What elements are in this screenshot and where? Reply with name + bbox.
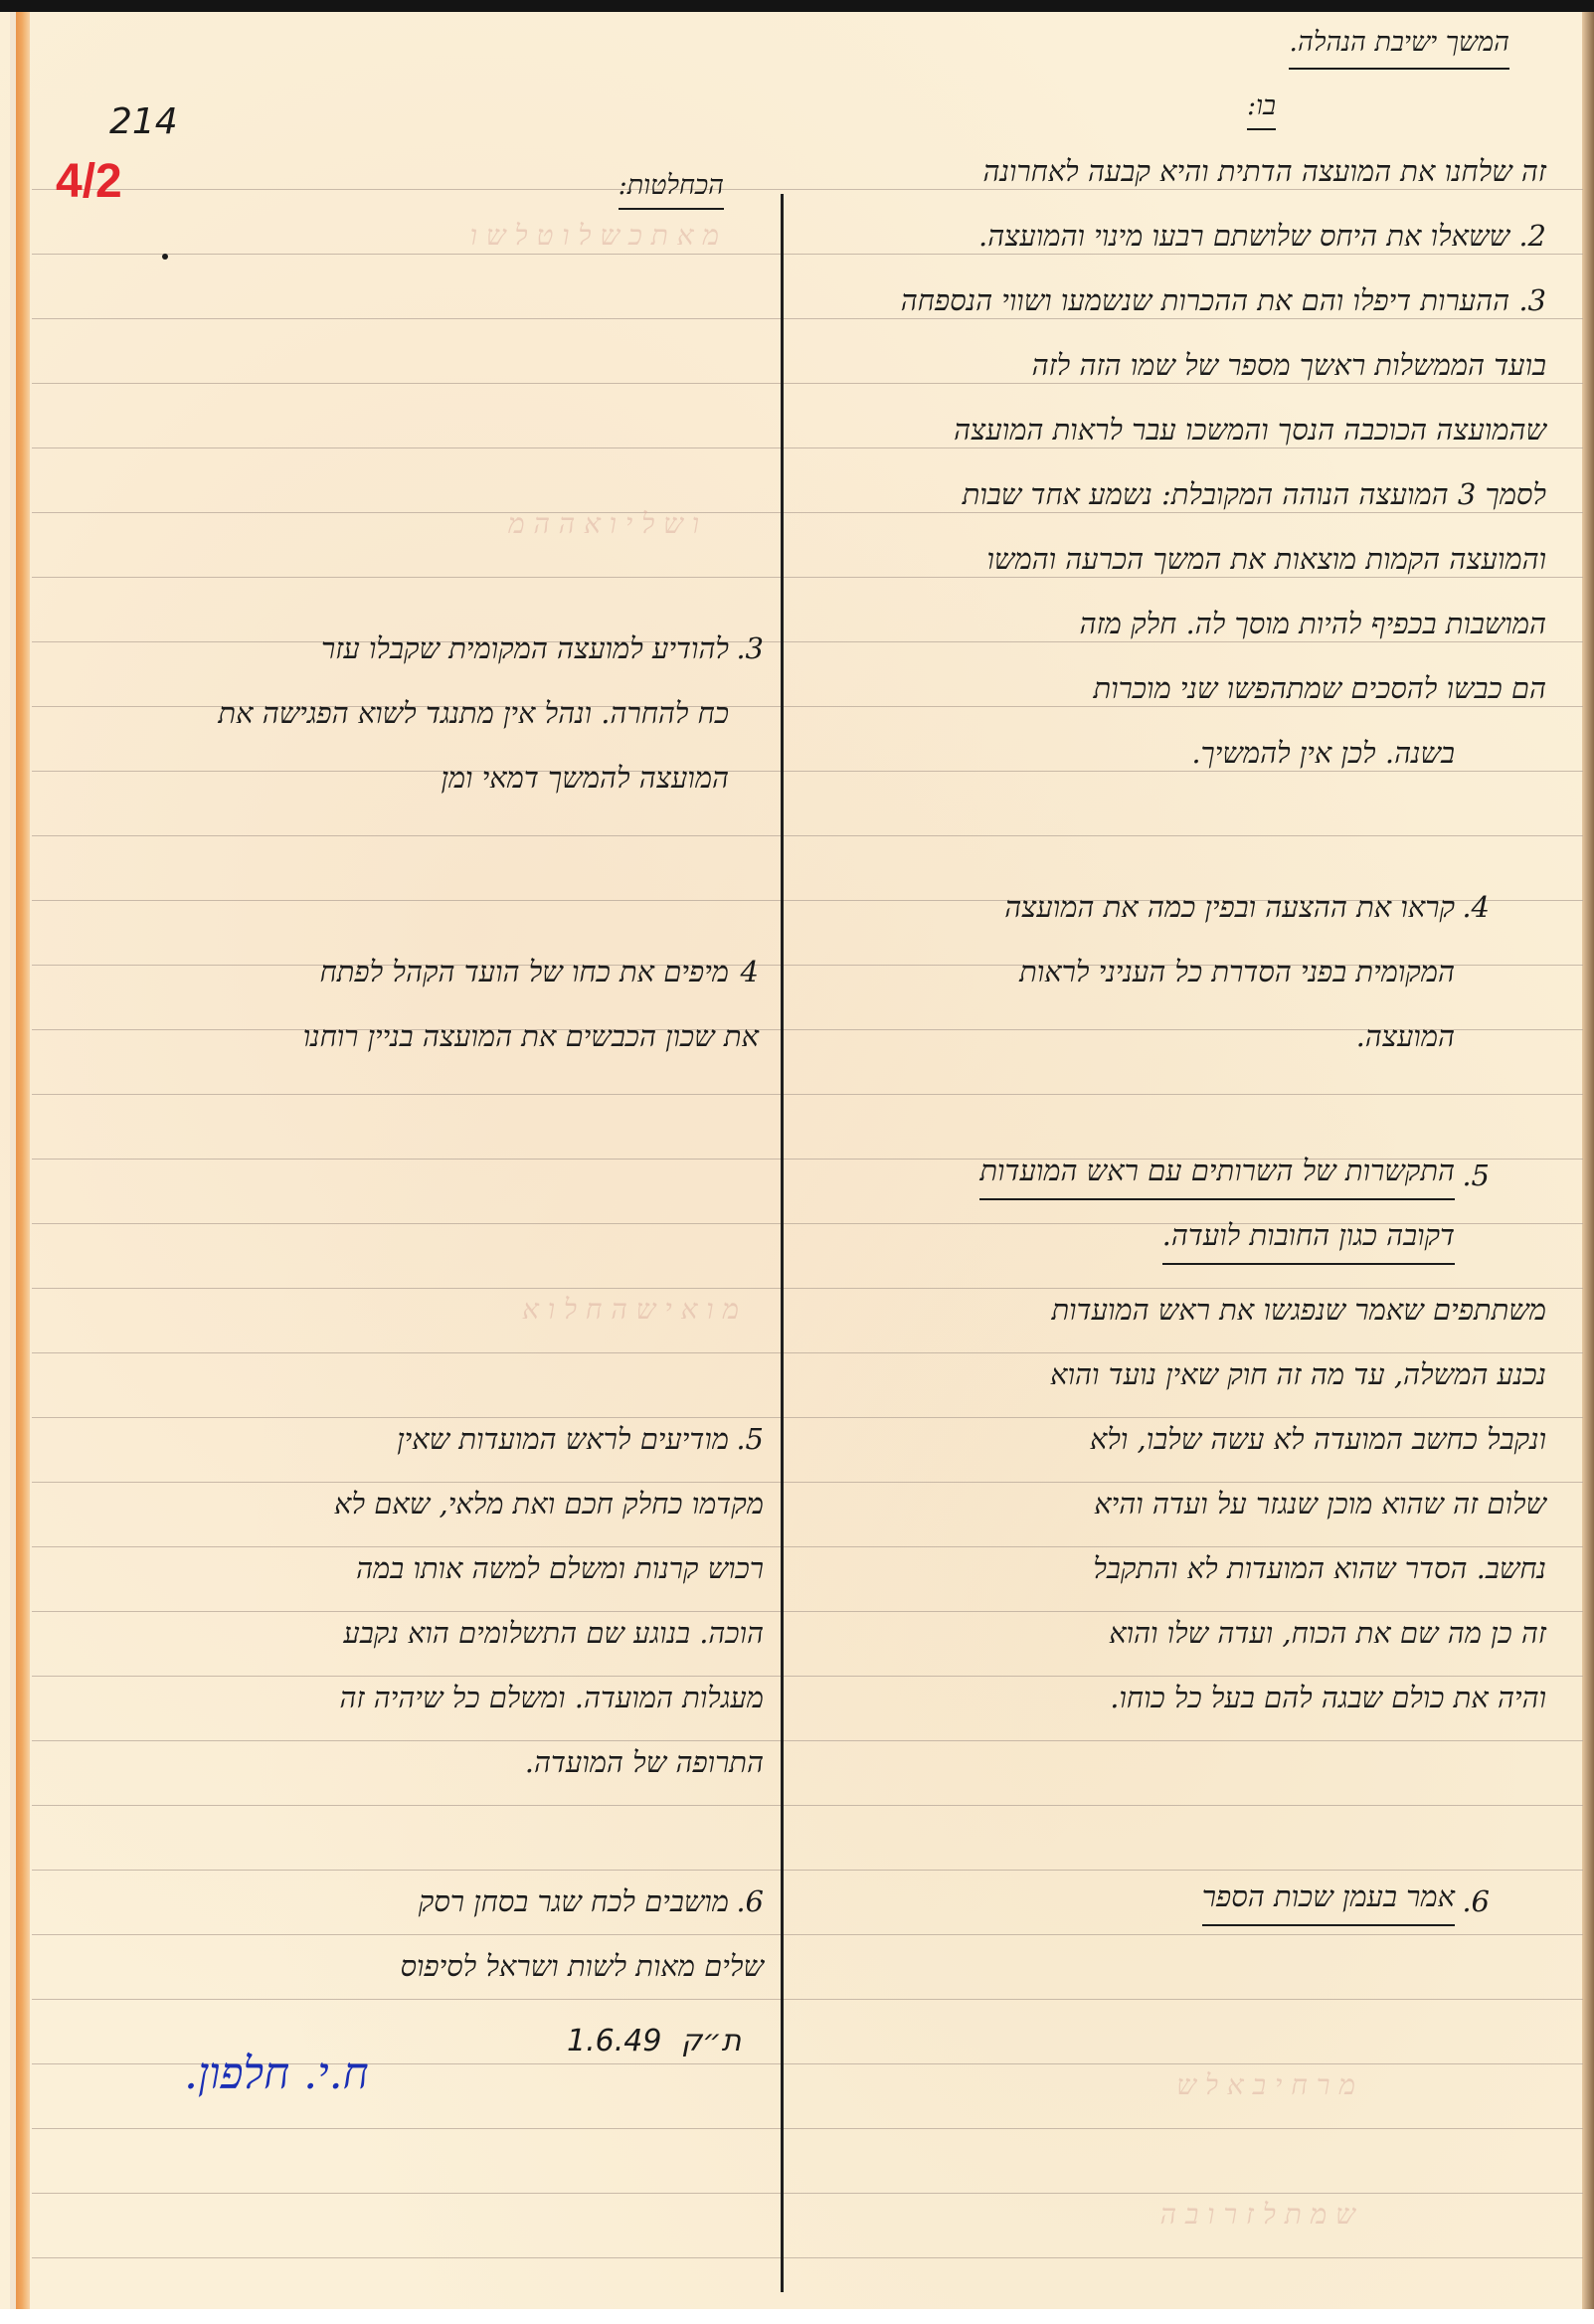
page-title: המשך ישיבת הנהלה. xyxy=(1289,18,1509,70)
intro-line: לסמך 3 המועצה הנוהה המקובלת: נשמע אחד שב… xyxy=(963,462,1546,527)
item-line: והיה את כולם שבגה להם בעל כל כוחו. xyxy=(1110,1666,1546,1730)
item-line: את שכון הכבשים את המועצה בניין רוחנו xyxy=(303,1004,759,1069)
date-value: 1.6.49 xyxy=(567,2024,661,2058)
item-line: זה כן מה שם את הכוח, ועדה שלו והוא xyxy=(1109,1601,1546,1666)
item-line: המקומית בפני הסדרת כל העניני לראות xyxy=(1019,940,1455,1004)
item-line: כח להחרה. ונהל אין מתנגד לשוא הפגישה את xyxy=(218,681,729,746)
item-number: 5. xyxy=(736,1407,764,1472)
item-number: 6. xyxy=(736,1870,764,1934)
item-line: ונקבל כחשב המועדה לא עשה שלבו, ולא xyxy=(1090,1407,1546,1472)
item-line: משתתפים שאמר שנפגשו את ראש המועדות xyxy=(1052,1278,1547,1342)
item-line: התרופה של המועדה. xyxy=(525,1730,764,1795)
right-column-heading: בו: xyxy=(1247,85,1276,130)
item-number: 4. xyxy=(1462,875,1490,940)
date-prefix: ת״ק xyxy=(681,2024,741,2058)
item-heading: אמר בעמן שכות הספר xyxy=(1202,1870,1455,1926)
page-edge-shadow xyxy=(1582,12,1594,2309)
intro-line: הם כבשו להסכים שמתהפשו שני מוכרות xyxy=(1094,656,1546,721)
item-line: מיפים את כחו של הועד הקהל לפתח xyxy=(320,940,729,1004)
ink-dot xyxy=(162,254,168,260)
item-line: שלום זה שהוא מוכן שנגזר על ועדה והיא xyxy=(1094,1472,1546,1536)
item-line: מעגלות המועדה. ומשלם כל שיהיה זה xyxy=(340,1666,764,1730)
item-line: קראו את ההצעה ובפין כמה את המועצה xyxy=(1004,875,1455,940)
item-heading: התקשרות של השרותים עם ראש המועדות xyxy=(979,1144,1455,1200)
intro-line: 3. ההערות דיפלו והם את ההכרות שנשמעו ושו… xyxy=(901,268,1546,333)
intro-line: שהמועצה הכוכבה הנסך והמשכו עבר לראות המו… xyxy=(954,398,1546,462)
intro-line: זה שלחנו את המועצה הדתית והיא קבעה לאחרו… xyxy=(983,139,1546,204)
item-line: מושבים לכח שגר בסחן רסק xyxy=(419,1870,729,1934)
item-line: הוכה. בנוגע שם התשלומים הוא נקבע xyxy=(343,1601,764,1666)
item-line: נחשב. הסדר שהוא המועדות לא והתקבל xyxy=(1093,1536,1546,1601)
column-divider xyxy=(781,194,784,2292)
notebook-binding-margin xyxy=(10,12,30,2309)
item-number: 5. xyxy=(1462,1144,1490,1208)
item-line: להודיע למועצה המקומית שקבלו עזר xyxy=(321,617,729,681)
item-line: מקדמו כחלק חכם ואת מלאי, שאם לא xyxy=(334,1472,764,1536)
item-line: רכוש קרנות ומשלם למשה אותו במה xyxy=(356,1536,764,1601)
item-line: שלים מאות לשות ושראל לסיפוס xyxy=(400,1934,764,1999)
intro-line: והמועצה הקמות מוצאות את המשך הכרעה והמשו xyxy=(987,527,1546,592)
date-line: 1.6.49 ת״ק xyxy=(567,2024,741,2058)
item-line: המועצה להמשך דמאי ומן xyxy=(441,746,729,810)
intro-line: 2. ששאלו את היחס שלושתם רבעו מינוי והמוע… xyxy=(978,204,1546,268)
signature: ח.י. חלפון. xyxy=(184,2049,369,2099)
item-number: 6. xyxy=(1462,1870,1490,1934)
scan-top-border xyxy=(0,0,1594,12)
item-line: מודיעים לראש המועדות שאין xyxy=(397,1407,729,1472)
intro-line: המושבות בכפיף להיות מוסך לה. חלק מזה xyxy=(1080,592,1546,656)
item-line: נכנע המשלה, עד מה זה חוק שאין נועד והוא xyxy=(1050,1342,1546,1407)
intro-line: בשנה. לכן אין להמשיך. xyxy=(1191,721,1455,786)
intro-line: בועד הממשלות ראשך מספר של שמו הזה לזה xyxy=(1032,333,1546,398)
handwritten-page-number: 214 xyxy=(109,101,178,142)
item-number: 4 xyxy=(741,940,759,1004)
item-heading: דקובה כגון החובות לועדה. xyxy=(1162,1208,1455,1265)
item-line: המועצה. xyxy=(1356,1004,1455,1069)
decisions-heading: הכחלטות: xyxy=(619,164,724,210)
scan-bottom-border xyxy=(0,2309,1594,2324)
archive-stamp: 4/2 xyxy=(56,154,122,209)
item-number: 3. xyxy=(736,617,764,681)
